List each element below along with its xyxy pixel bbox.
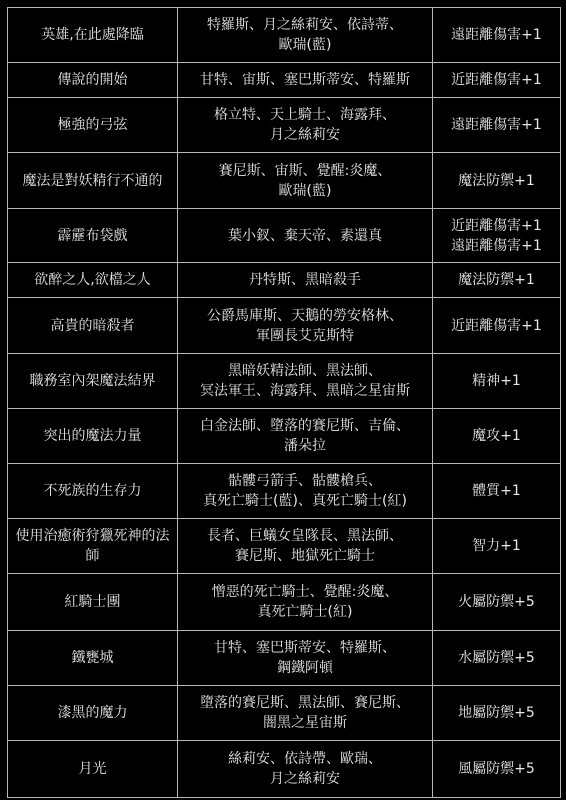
bonus-cell: 遠距離傷害+1: [433, 8, 561, 63]
bonus-line: 魔法防禦+1: [437, 270, 556, 290]
members-line: 潘朵拉: [182, 436, 428, 456]
members-cell: 格立特、天上騎士、海露拜、月之絲莉安: [178, 98, 433, 153]
bonus-line: 近距離傷害+1: [437, 316, 556, 336]
members-line: 月之絲莉安: [182, 125, 428, 145]
members-line: 憎惡的死亡騎士、覺醒:炎魔、: [182, 582, 428, 602]
bonus-line: 近距離傷害+1: [437, 70, 556, 90]
bonus-cell: 精神+1: [433, 354, 561, 409]
members-line: 甘特、宙斯、塞巴斯蒂安、特羅斯: [182, 70, 428, 90]
bonus-cell: 近距離傷害+1: [433, 63, 561, 98]
members-line: 鋼鐵阿頓: [182, 658, 428, 678]
set-name-cell: 漆黑的魔力: [8, 686, 178, 741]
bonus-cell: 近距離傷害+1: [433, 298, 561, 354]
members-line: 闇黑之星宙斯: [182, 713, 428, 733]
set-name-cell: 極強的弓弦: [8, 98, 178, 153]
bonus-cell: 風屬防禦+5: [433, 741, 561, 798]
members-line: 葉小釵、棄天帝、素還真: [182, 226, 428, 246]
members-line: 黑暗妖精法師、黑法師、: [182, 361, 428, 381]
table-row: 霹靂布袋戲葉小釵、棄天帝、素還真近距離傷害+1遠距離傷害+1: [8, 209, 561, 263]
members-line: 丹特斯、黑暗殺手: [182, 270, 428, 290]
members-line: 絲莉安、依詩帶、歐瑞、: [182, 749, 428, 769]
bonus-cell: 火屬防禦+5: [433, 574, 561, 631]
bonus-line: 體質+1: [437, 481, 556, 501]
members-line: 月之絲莉安: [182, 769, 428, 789]
table-row: 月光絲莉安、依詩帶、歐瑞、月之絲莉安風屬防禦+5: [8, 741, 561, 798]
bonus-cell: 魔攻+1: [433, 409, 561, 464]
set-name-cell: 紅騎士團: [8, 574, 178, 631]
members-line: 特羅斯、月之絲莉安、依詩蒂、: [182, 15, 428, 35]
bonus-cell: 體質+1: [433, 464, 561, 519]
members-cell: 丹特斯、黑暗殺手: [178, 263, 433, 298]
members-line: 軍團長艾克斯特: [182, 326, 428, 346]
members-line: 真死亡騎士(紅): [182, 602, 428, 622]
bonus-line: 水屬防禦+5: [437, 648, 556, 668]
set-name-cell: 使用治癒術狩獵死神的法師: [8, 519, 178, 574]
set-name-cell: 月光: [8, 741, 178, 798]
members-line: 歐瑞(藍): [182, 181, 428, 201]
members-cell: 特羅斯、月之絲莉安、依詩蒂、歐瑞(藍): [178, 8, 433, 63]
table-row: 職務室內架魔法結界黑暗妖精法師、黑法師、冥法軍王、海露拜、黑暗之星宙斯精神+1: [8, 354, 561, 409]
bonus-cell: 魔法防禦+1: [433, 263, 561, 298]
bonus-line: 火屬防禦+5: [437, 592, 556, 612]
members-cell: 白金法師、墮落的賽尼斯、吉倫、潘朵拉: [178, 409, 433, 464]
bonus-line: 風屬防禦+5: [437, 759, 556, 779]
table-row: 極強的弓弦格立特、天上騎士、海露拜、月之絲莉安遠距離傷害+1: [8, 98, 561, 153]
members-cell: 葉小釵、棄天帝、素還真: [178, 209, 433, 263]
table-row: 英雄,在此處降臨特羅斯、月之絲莉安、依詩蒂、歐瑞(藍)遠距離傷害+1: [8, 8, 561, 63]
set-name-cell: 高貴的暗殺者: [8, 298, 178, 354]
bonus-line: 魔攻+1: [437, 426, 556, 446]
table-row: 突出的魔法力量白金法師、墮落的賽尼斯、吉倫、潘朵拉魔攻+1: [8, 409, 561, 464]
members-line: 長者、巨蟻女皇隊長、黑法師、: [182, 526, 428, 546]
set-bonus-table: 英雄,在此處降臨特羅斯、月之絲莉安、依詩蒂、歐瑞(藍)遠距離傷害+1傳說的開始甘…: [7, 7, 561, 798]
set-name-cell: 霹靂布袋戲: [8, 209, 178, 263]
bonus-cell: 水屬防禦+5: [433, 631, 561, 686]
set-name-cell: 魔法是對妖精行不通的: [8, 153, 178, 209]
members-line: 歐瑞(藍): [182, 35, 428, 55]
bonus-line: 遠距離傷害+1: [437, 25, 556, 45]
bonus-line: 智力+1: [437, 536, 556, 556]
table-row: 魔法是對妖精行不通的賽尼斯、宙斯、覺醒:炎魔、歐瑞(藍)魔法防禦+1: [8, 153, 561, 209]
members-line: 賽尼斯、宙斯、覺醒:炎魔、: [182, 161, 428, 181]
members-cell: 甘特、宙斯、塞巴斯蒂安、特羅斯: [178, 63, 433, 98]
bonus-line: 遠距離傷害+1: [437, 115, 556, 135]
bonus-cell: 智力+1: [433, 519, 561, 574]
bonus-cell: 魔法防禦+1: [433, 153, 561, 209]
table-row: 欲醉之人,欲檔之人丹特斯、黑暗殺手魔法防禦+1: [8, 263, 561, 298]
table-row: 使用治癒術狩獵死神的法師長者、巨蟻女皇隊長、黑法師、賽尼斯、地獄死亡騎士智力+1: [8, 519, 561, 574]
members-cell: 絲莉安、依詩帶、歐瑞、月之絲莉安: [178, 741, 433, 798]
members-line: 格立特、天上騎士、海露拜、: [182, 105, 428, 125]
bonus-cell: 地屬防禦+5: [433, 686, 561, 741]
members-line: 白金法師、墮落的賽尼斯、吉倫、: [182, 416, 428, 436]
members-cell: 公爵馬庫斯、天鵝的勞安格林、軍團長艾克斯特: [178, 298, 433, 354]
set-name-cell: 傳說的開始: [8, 63, 178, 98]
members-cell: 憎惡的死亡騎士、覺醒:炎魔、真死亡騎士(紅): [178, 574, 433, 631]
set-name-cell: 欲醉之人,欲檔之人: [8, 263, 178, 298]
bonus-line: 魔法防禦+1: [437, 171, 556, 191]
table-row: 紅騎士團憎惡的死亡騎士、覺醒:炎魔、真死亡騎士(紅)火屬防禦+5: [8, 574, 561, 631]
bonus-cell: 遠距離傷害+1: [433, 98, 561, 153]
bonus-cell: 近距離傷害+1遠距離傷害+1: [433, 209, 561, 263]
members-cell: 黑暗妖精法師、黑法師、冥法軍王、海露拜、黑暗之星宙斯: [178, 354, 433, 409]
members-line: 甘特、塞巴斯蒂安、特羅斯、: [182, 638, 428, 658]
set-name-cell: 英雄,在此處降臨: [8, 8, 178, 63]
bonus-line: 精神+1: [437, 371, 556, 391]
members-line: 真死亡騎士(藍)、真死亡騎士(紅): [182, 491, 428, 511]
set-name-cell: 突出的魔法力量: [8, 409, 178, 464]
members-line: 骷髏弓箭手、骷髏槍兵、: [182, 471, 428, 491]
bonus-line: 地屬防禦+5: [437, 703, 556, 723]
table-row: 漆黑的魔力墮落的賽尼斯、黑法師、賽尼斯、闇黑之星宙斯地屬防禦+5: [8, 686, 561, 741]
members-cell: 墮落的賽尼斯、黑法師、賽尼斯、闇黑之星宙斯: [178, 686, 433, 741]
members-cell: 骷髏弓箭手、骷髏槍兵、真死亡騎士(藍)、真死亡騎士(紅): [178, 464, 433, 519]
bonus-line: 近距離傷害+1: [437, 216, 556, 236]
set-name-cell: 鐵甕城: [8, 631, 178, 686]
table-row: 高貴的暗殺者公爵馬庫斯、天鵝的勞安格林、軍團長艾克斯特近距離傷害+1: [8, 298, 561, 354]
set-name-cell: 不死族的生存力: [8, 464, 178, 519]
set-name-cell: 職務室內架魔法結界: [8, 354, 178, 409]
bonus-line: 遠距離傷害+1: [437, 236, 556, 256]
members-line: 賽尼斯、地獄死亡騎士: [182, 546, 428, 566]
members-cell: 賽尼斯、宙斯、覺醒:炎魔、歐瑞(藍): [178, 153, 433, 209]
table-row: 鐵甕城甘特、塞巴斯蒂安、特羅斯、鋼鐵阿頓水屬防禦+5: [8, 631, 561, 686]
members-cell: 長者、巨蟻女皇隊長、黑法師、賽尼斯、地獄死亡騎士: [178, 519, 433, 574]
members-cell: 甘特、塞巴斯蒂安、特羅斯、鋼鐵阿頓: [178, 631, 433, 686]
members-line: 公爵馬庫斯、天鵝的勞安格林、: [182, 306, 428, 326]
table-row: 不死族的生存力骷髏弓箭手、骷髏槍兵、真死亡騎士(藍)、真死亡騎士(紅)體質+1: [8, 464, 561, 519]
members-line: 墮落的賽尼斯、黑法師、賽尼斯、: [182, 693, 428, 713]
members-line: 冥法軍王、海露拜、黑暗之星宙斯: [182, 381, 428, 401]
table-row: 傳說的開始甘特、宙斯、塞巴斯蒂安、特羅斯近距離傷害+1: [8, 63, 561, 98]
